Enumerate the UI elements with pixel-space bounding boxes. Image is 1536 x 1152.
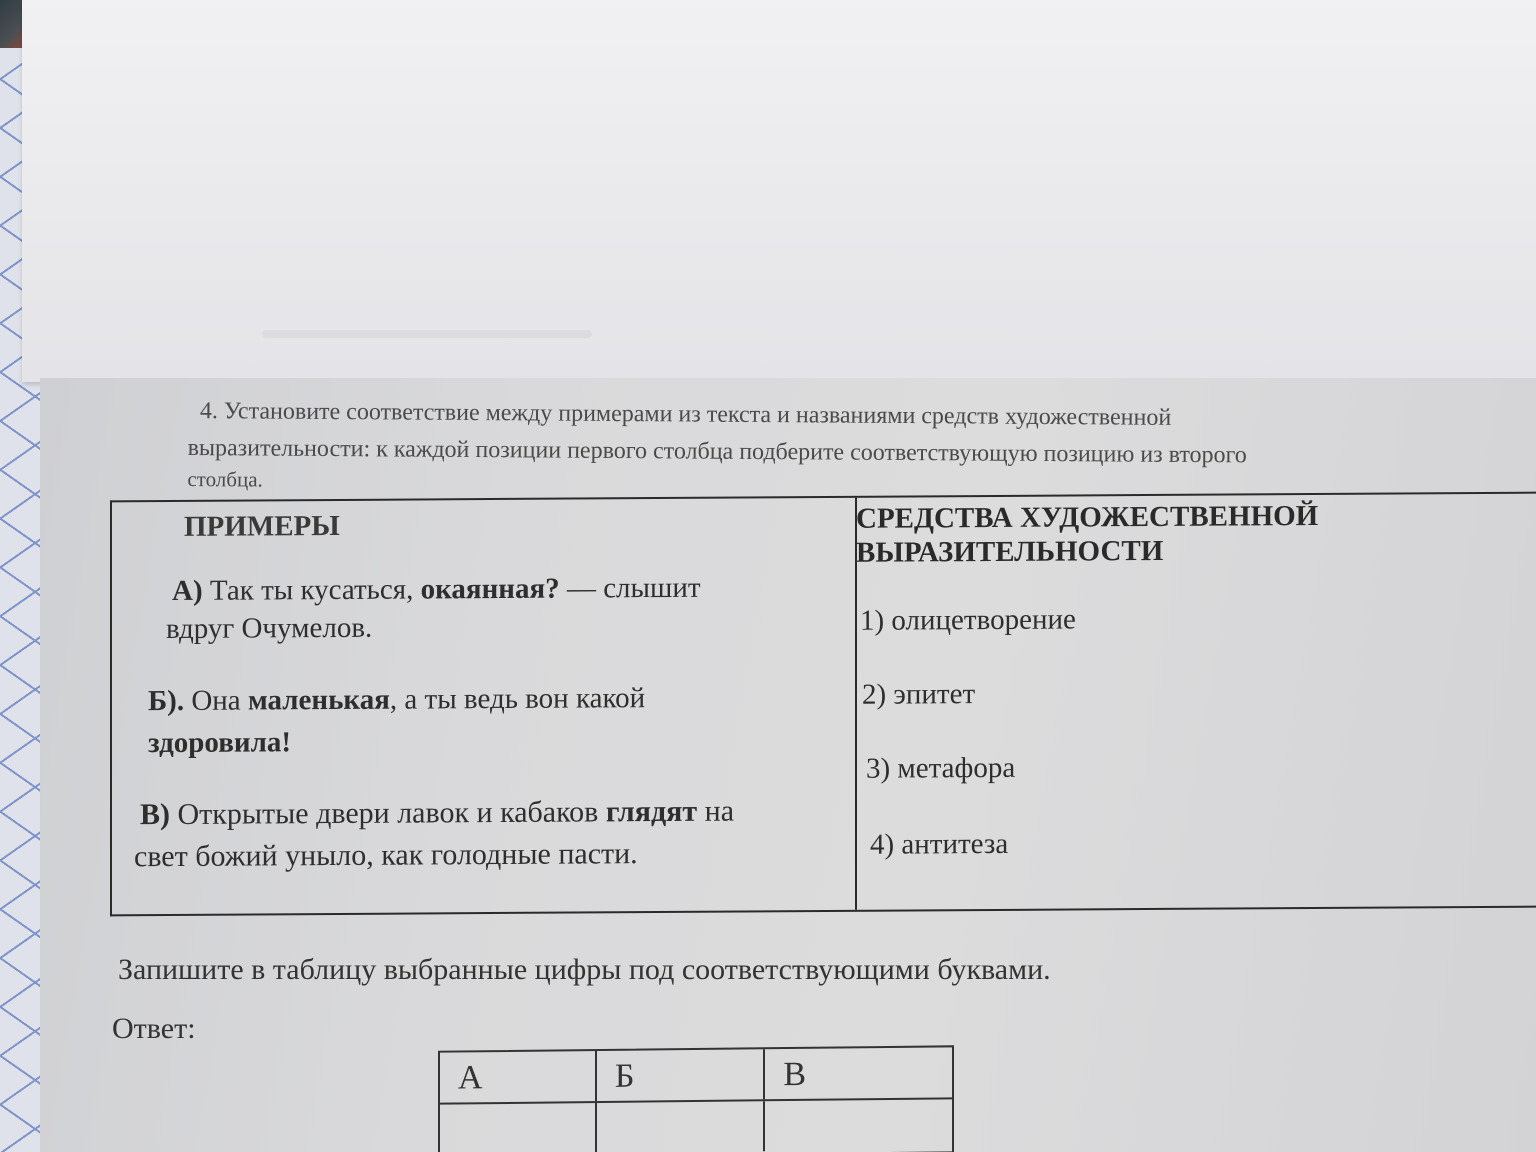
answer-cell-v[interactable] (765, 1099, 952, 1151)
devices-header: СРЕДСТВА ХУДОЖЕСТВЕННОЙ ВЫРАЗИТЕЛЬНОСТИ (856, 499, 1318, 570)
examples-header: ПРИМЕРЫ (184, 507, 340, 546)
example-v-text-end: на (697, 795, 734, 828)
answer-value-row (440, 1099, 952, 1152)
instruction-text: Запишите в таблицу выбранные цифры под с… (118, 953, 1051, 987)
example-a-letter: А) (172, 575, 203, 607)
answer-label: Ответ: (112, 1012, 196, 1046)
example-b-highlight: маленькая (248, 684, 390, 717)
device-2: 2) эпитет (862, 675, 975, 714)
device-4: 4) антитеза (870, 825, 1008, 864)
example-b-text-end: , а ты ведь вон какой (390, 682, 645, 716)
matching-table: ПРИМЕРЫ А) Так ты кусаться, окаянная? — … (110, 492, 1536, 917)
answer-header-b: Б (597, 1049, 765, 1101)
example-v-text: Открытые двери лавок и кабаков (170, 795, 606, 831)
faint-bleed-through (262, 330, 592, 338)
example-v-letter: В) (140, 798, 170, 831)
example-a: А) Так ты кусаться, окаянная? — слышит в… (172, 569, 701, 648)
devices-header-line1: СРЕДСТВА ХУДОЖЕСТВЕННОЙ (856, 499, 1318, 536)
device-1: 1) олицетворение (860, 600, 1076, 639)
answer-cell-b[interactable] (597, 1101, 765, 1152)
answer-header-row: А Б В (440, 1047, 952, 1104)
answer-table: А Б В (438, 1045, 954, 1152)
example-v-highlight: глядят (606, 795, 697, 829)
devices-header-line2: ВЫРАЗИТЕЛЬНОСТИ (856, 533, 1318, 570)
device-3: 3) метафора (866, 749, 1015, 788)
example-a-text-end: — слышит (560, 572, 701, 605)
example-b-text: Она (184, 685, 248, 717)
example-a-text: Так ты кусаться, (203, 573, 421, 606)
answer-header-v: В (765, 1047, 952, 1099)
task-statement: 4. Установите соответствие между примера… (187, 393, 1508, 507)
example-v-line2: свет божий уныло, как голодные пасти. (134, 833, 734, 879)
example-b-line2: здоровила! (148, 726, 291, 759)
example-v: В) Открытые двери лавок и кабаков глядят… (140, 791, 734, 879)
example-b: Б). Она маленькая, а ты ведь вон какой з… (148, 679, 645, 762)
example-a-line2: вдруг Очумелов. (166, 607, 701, 648)
answer-header-a: А (440, 1051, 597, 1103)
example-a-highlight: окаянная? (421, 573, 560, 606)
top-paper-sheet (22, 0, 1536, 382)
example-b-letter: Б). (148, 685, 184, 717)
answer-cell-a[interactable] (440, 1103, 597, 1152)
